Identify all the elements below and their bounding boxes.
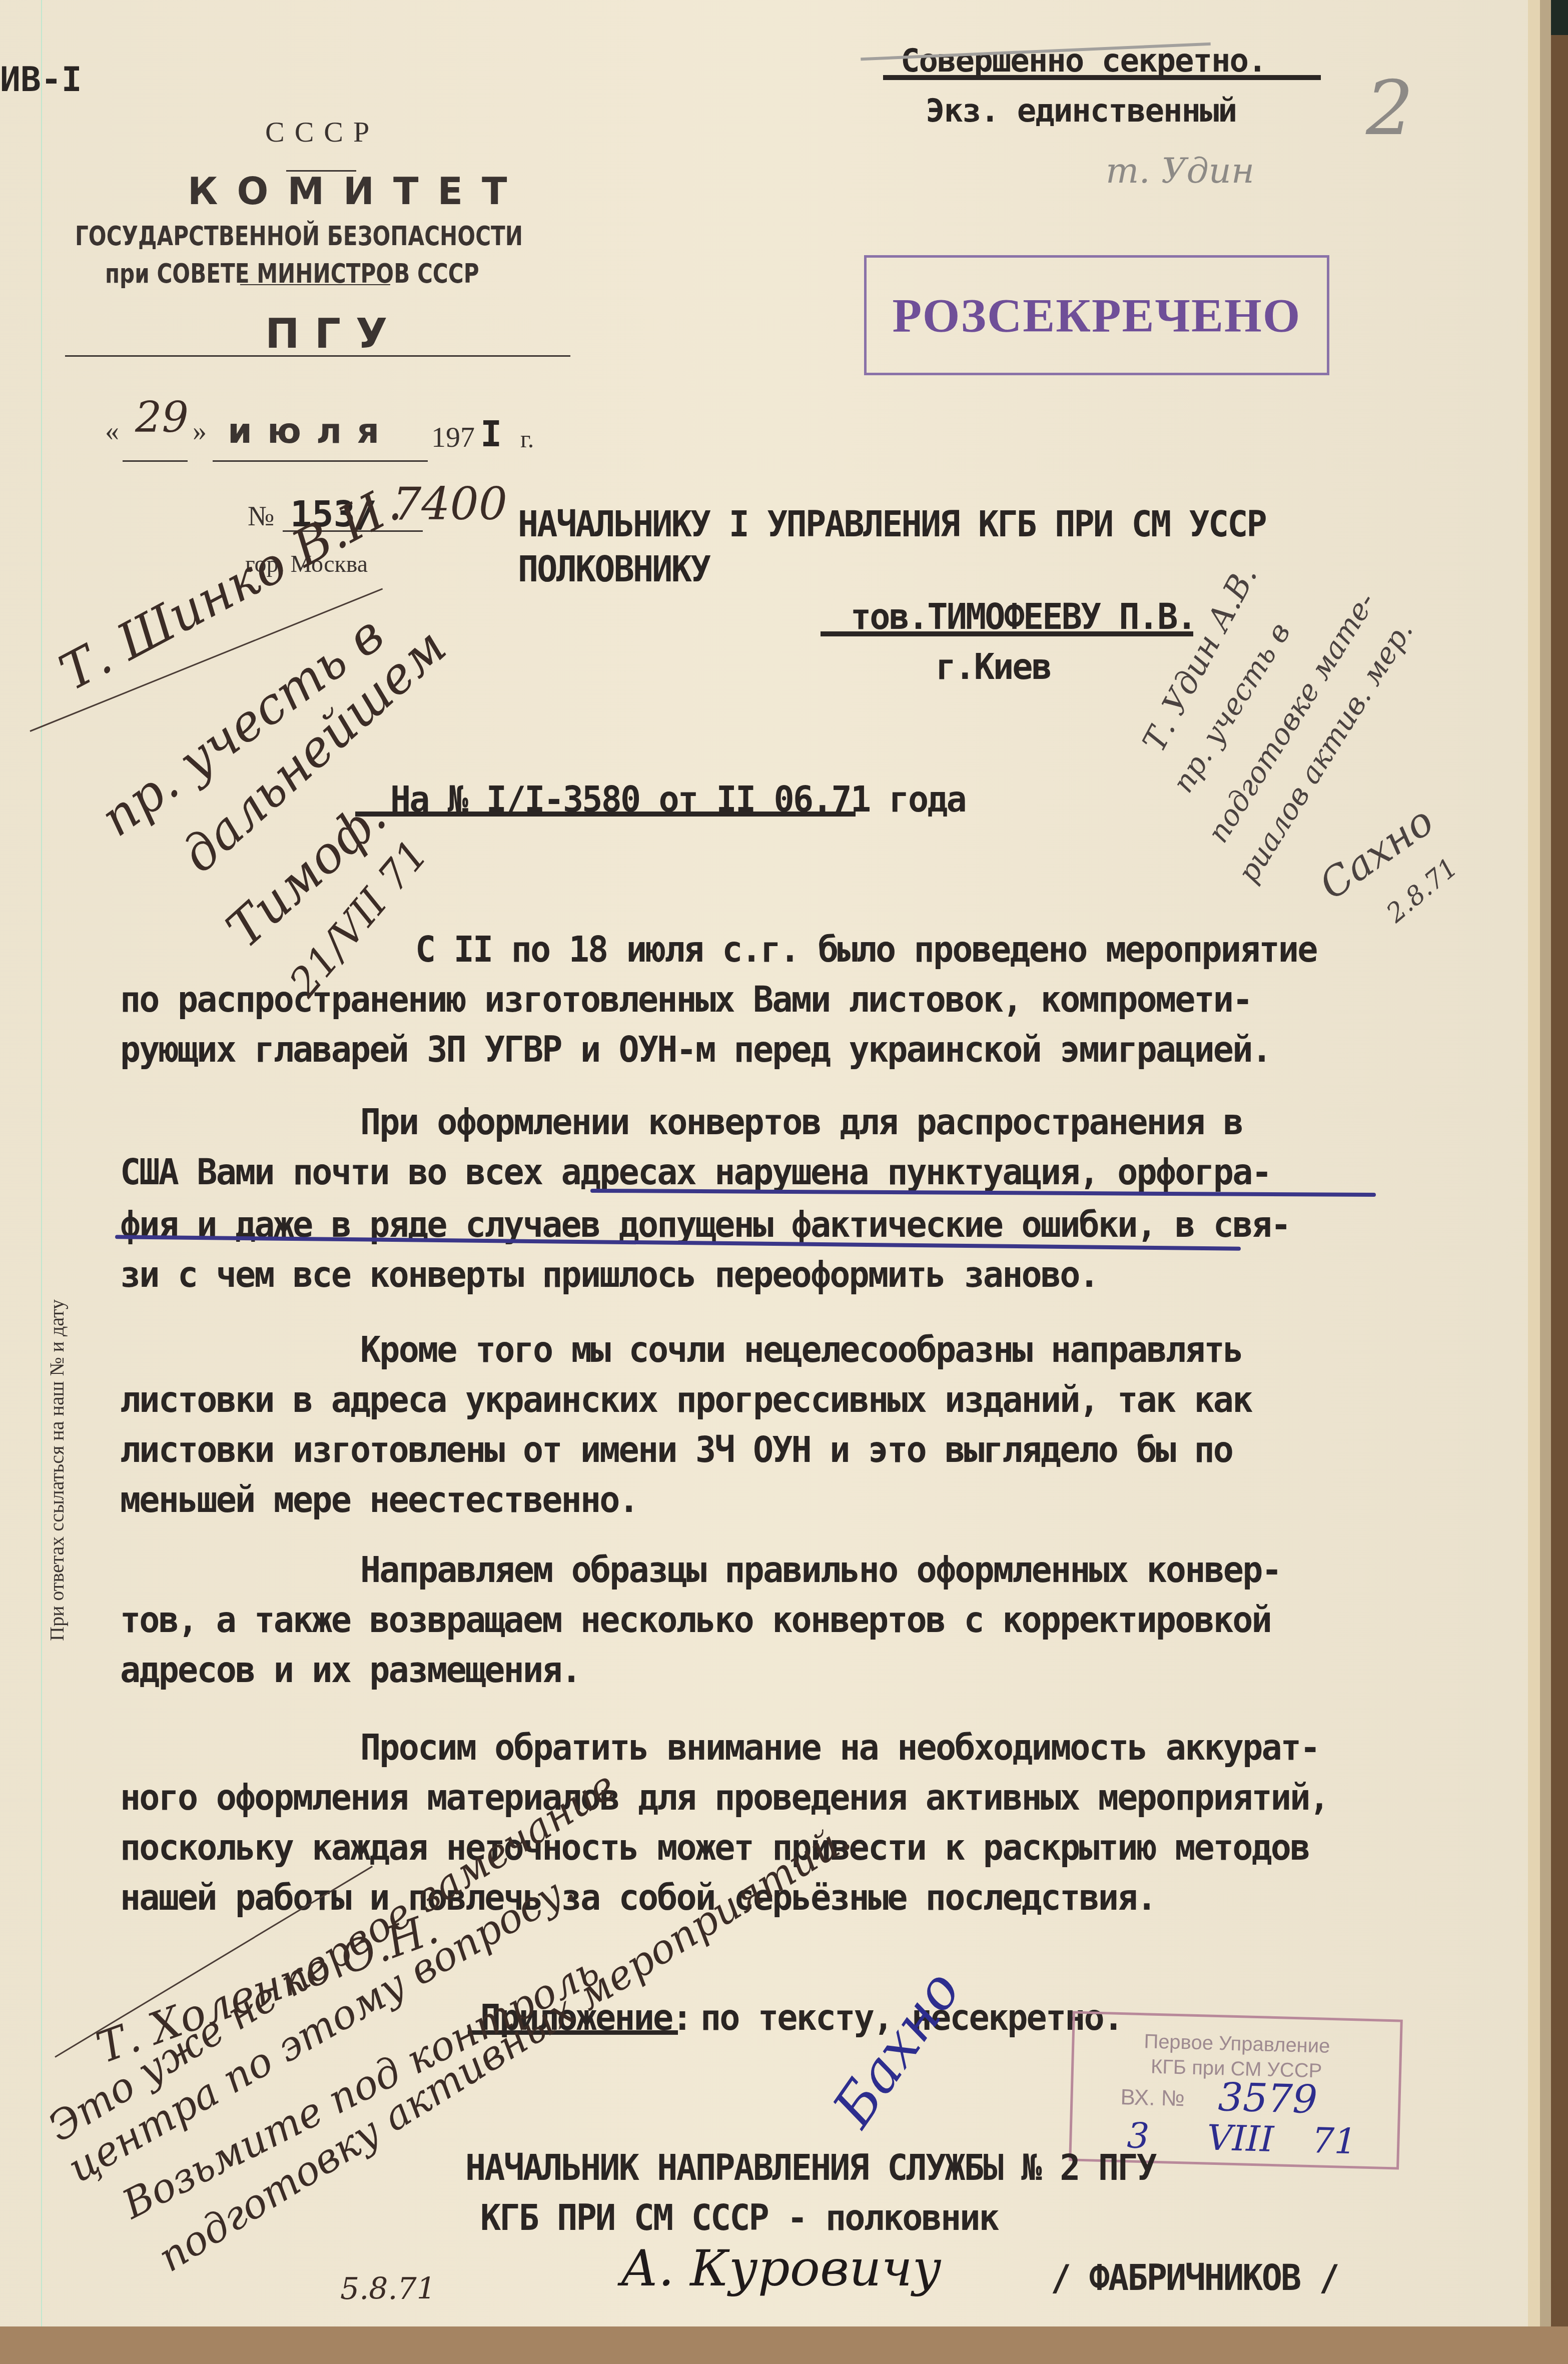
body-p5-line2: ного оформления материалов для проведени… bbox=[120, 1776, 1328, 1818]
stamp-date-year: 71 bbox=[1311, 2120, 1357, 2162]
stamp-date-month: VIII bbox=[1206, 2117, 1274, 2160]
letterhead-department: ПГУ bbox=[265, 310, 402, 358]
bottom-note-date: 5.8.71 bbox=[340, 2271, 436, 2306]
letterhead-org-full: ГОСУДАРСТВЕННОЙ БЕЗОПАСНОСТИ bbox=[75, 220, 523, 252]
number-handwritten: 7400 bbox=[393, 478, 507, 530]
signatory-name: / ФАБРИЧНИКОВ / bbox=[1051, 2256, 1338, 2298]
declassified-stamp-text: РОЗСЕКРЕЧЕНО bbox=[893, 288, 1301, 343]
number-label: № bbox=[248, 500, 274, 532]
signatory-title-line2: КГБ ПРИ СМ СССР - полковник bbox=[480, 2196, 998, 2238]
date-year-suffix: I bbox=[480, 413, 502, 455]
addressee-line2: ПОЛКОВНИКУ bbox=[518, 548, 709, 590]
addressee-line1: НАЧАЛЬНИКУ I УПРАВЛЕНИЯ КГБ ПРИ СМ УССР bbox=[518, 503, 1266, 545]
page-stack-edge bbox=[1540, 0, 1551, 2364]
body-p4-line3: адресов и их размещения. bbox=[120, 1649, 580, 1691]
divider bbox=[65, 355, 570, 357]
letterhead-country: СССР bbox=[265, 115, 379, 149]
margin-rule bbox=[41, 0, 42, 2326]
desk-surface bbox=[0, 2326, 1568, 2364]
body-p3-line1: Кроме того мы сочли нецелесообразны напр… bbox=[360, 1328, 1242, 1370]
body-p1-line1: С II по 18 июля с.г. было проведено меро… bbox=[415, 928, 1317, 970]
stamp-number-label: ВХ. № bbox=[1120, 2085, 1185, 2111]
body-p1-line3: рующих главарей ЗП УГВР и ОУН-м перед ук… bbox=[120, 1028, 1271, 1070]
handwritten-page-number: 2 bbox=[1366, 65, 1413, 152]
body-p5-line3: поскольку каждая неточность может привес… bbox=[120, 1826, 1309, 1868]
signatory-title-line1: НАЧАЛЬНИК НАПРАВЛЕНИЯ СЛУЖБЫ № 2 ПГУ bbox=[465, 2146, 1156, 2188]
underline bbox=[123, 460, 188, 462]
body-p2-line1: При оформлении конвертов для распростран… bbox=[360, 1101, 1242, 1143]
underline bbox=[213, 460, 428, 462]
addressee-city: г.Киев bbox=[936, 645, 1051, 687]
body-p3-line3: листовки изготовлены от имени ЗЧ ОУН и э… bbox=[120, 1428, 1232, 1470]
date-day: 29 bbox=[135, 393, 189, 442]
stamp-number: 3579 bbox=[1217, 2075, 1318, 2122]
copy-count: Экз. единственный bbox=[926, 93, 1236, 130]
body-p4-line1: Направляем образцы правильно оформленных… bbox=[360, 1548, 1281, 1591]
date-quote: « bbox=[105, 415, 119, 447]
date-month: июля bbox=[228, 410, 394, 451]
body-p3-line4: меньшей мере неестественно. bbox=[120, 1478, 638, 1520]
signature: А. Куровичу bbox=[620, 2239, 942, 2297]
corner-label: ИВ-I bbox=[0, 60, 82, 100]
classification-underline bbox=[883, 75, 1321, 80]
divider bbox=[240, 284, 390, 285]
body-p1-line2: по распространению изготовленных Вами ли… bbox=[120, 978, 1251, 1020]
margin-reply-instruction: При ответах ссылаться на наш № и дату bbox=[45, 1299, 69, 1641]
reference-underline bbox=[355, 812, 856, 817]
body-p5-line1: Просим обратить внимание на необходимост… bbox=[360, 1726, 1319, 1768]
body-p2-line4: зи с чем все конверты пришлось переоформ… bbox=[120, 1253, 1098, 1295]
body-p3-line2: листовки в адреса украинских прогрессивн… bbox=[120, 1378, 1251, 1420]
date-year-label: г. bbox=[520, 424, 534, 453]
pencil-note: т. Удин bbox=[1106, 150, 1254, 191]
body-p5-line4: нашей работы и повлечь за собой серьёзны… bbox=[120, 1876, 1156, 1918]
date-quote: » bbox=[193, 415, 207, 447]
letterhead-org: КОМИТЕТ bbox=[188, 170, 526, 213]
body-p4-line2: тов, а также возвращаем несколько конвер… bbox=[120, 1599, 1271, 1641]
declassified-stamp: РОЗСЕКРЕЧЕНО bbox=[864, 255, 1329, 375]
incoming-registration-stamp: Первое Управление КГБ при СМ УССР ВХ. № … bbox=[1069, 2011, 1403, 2169]
folder-corner bbox=[1551, 0, 1568, 35]
body-p2-line2: США Вами почти во всех адресах нарушена … bbox=[120, 1151, 1271, 1193]
page-stack-edge bbox=[1528, 0, 1540, 2364]
addressee-underline bbox=[821, 631, 1193, 636]
folder-edge bbox=[1551, 0, 1568, 2364]
date-year-prefix: 197 bbox=[431, 420, 475, 454]
